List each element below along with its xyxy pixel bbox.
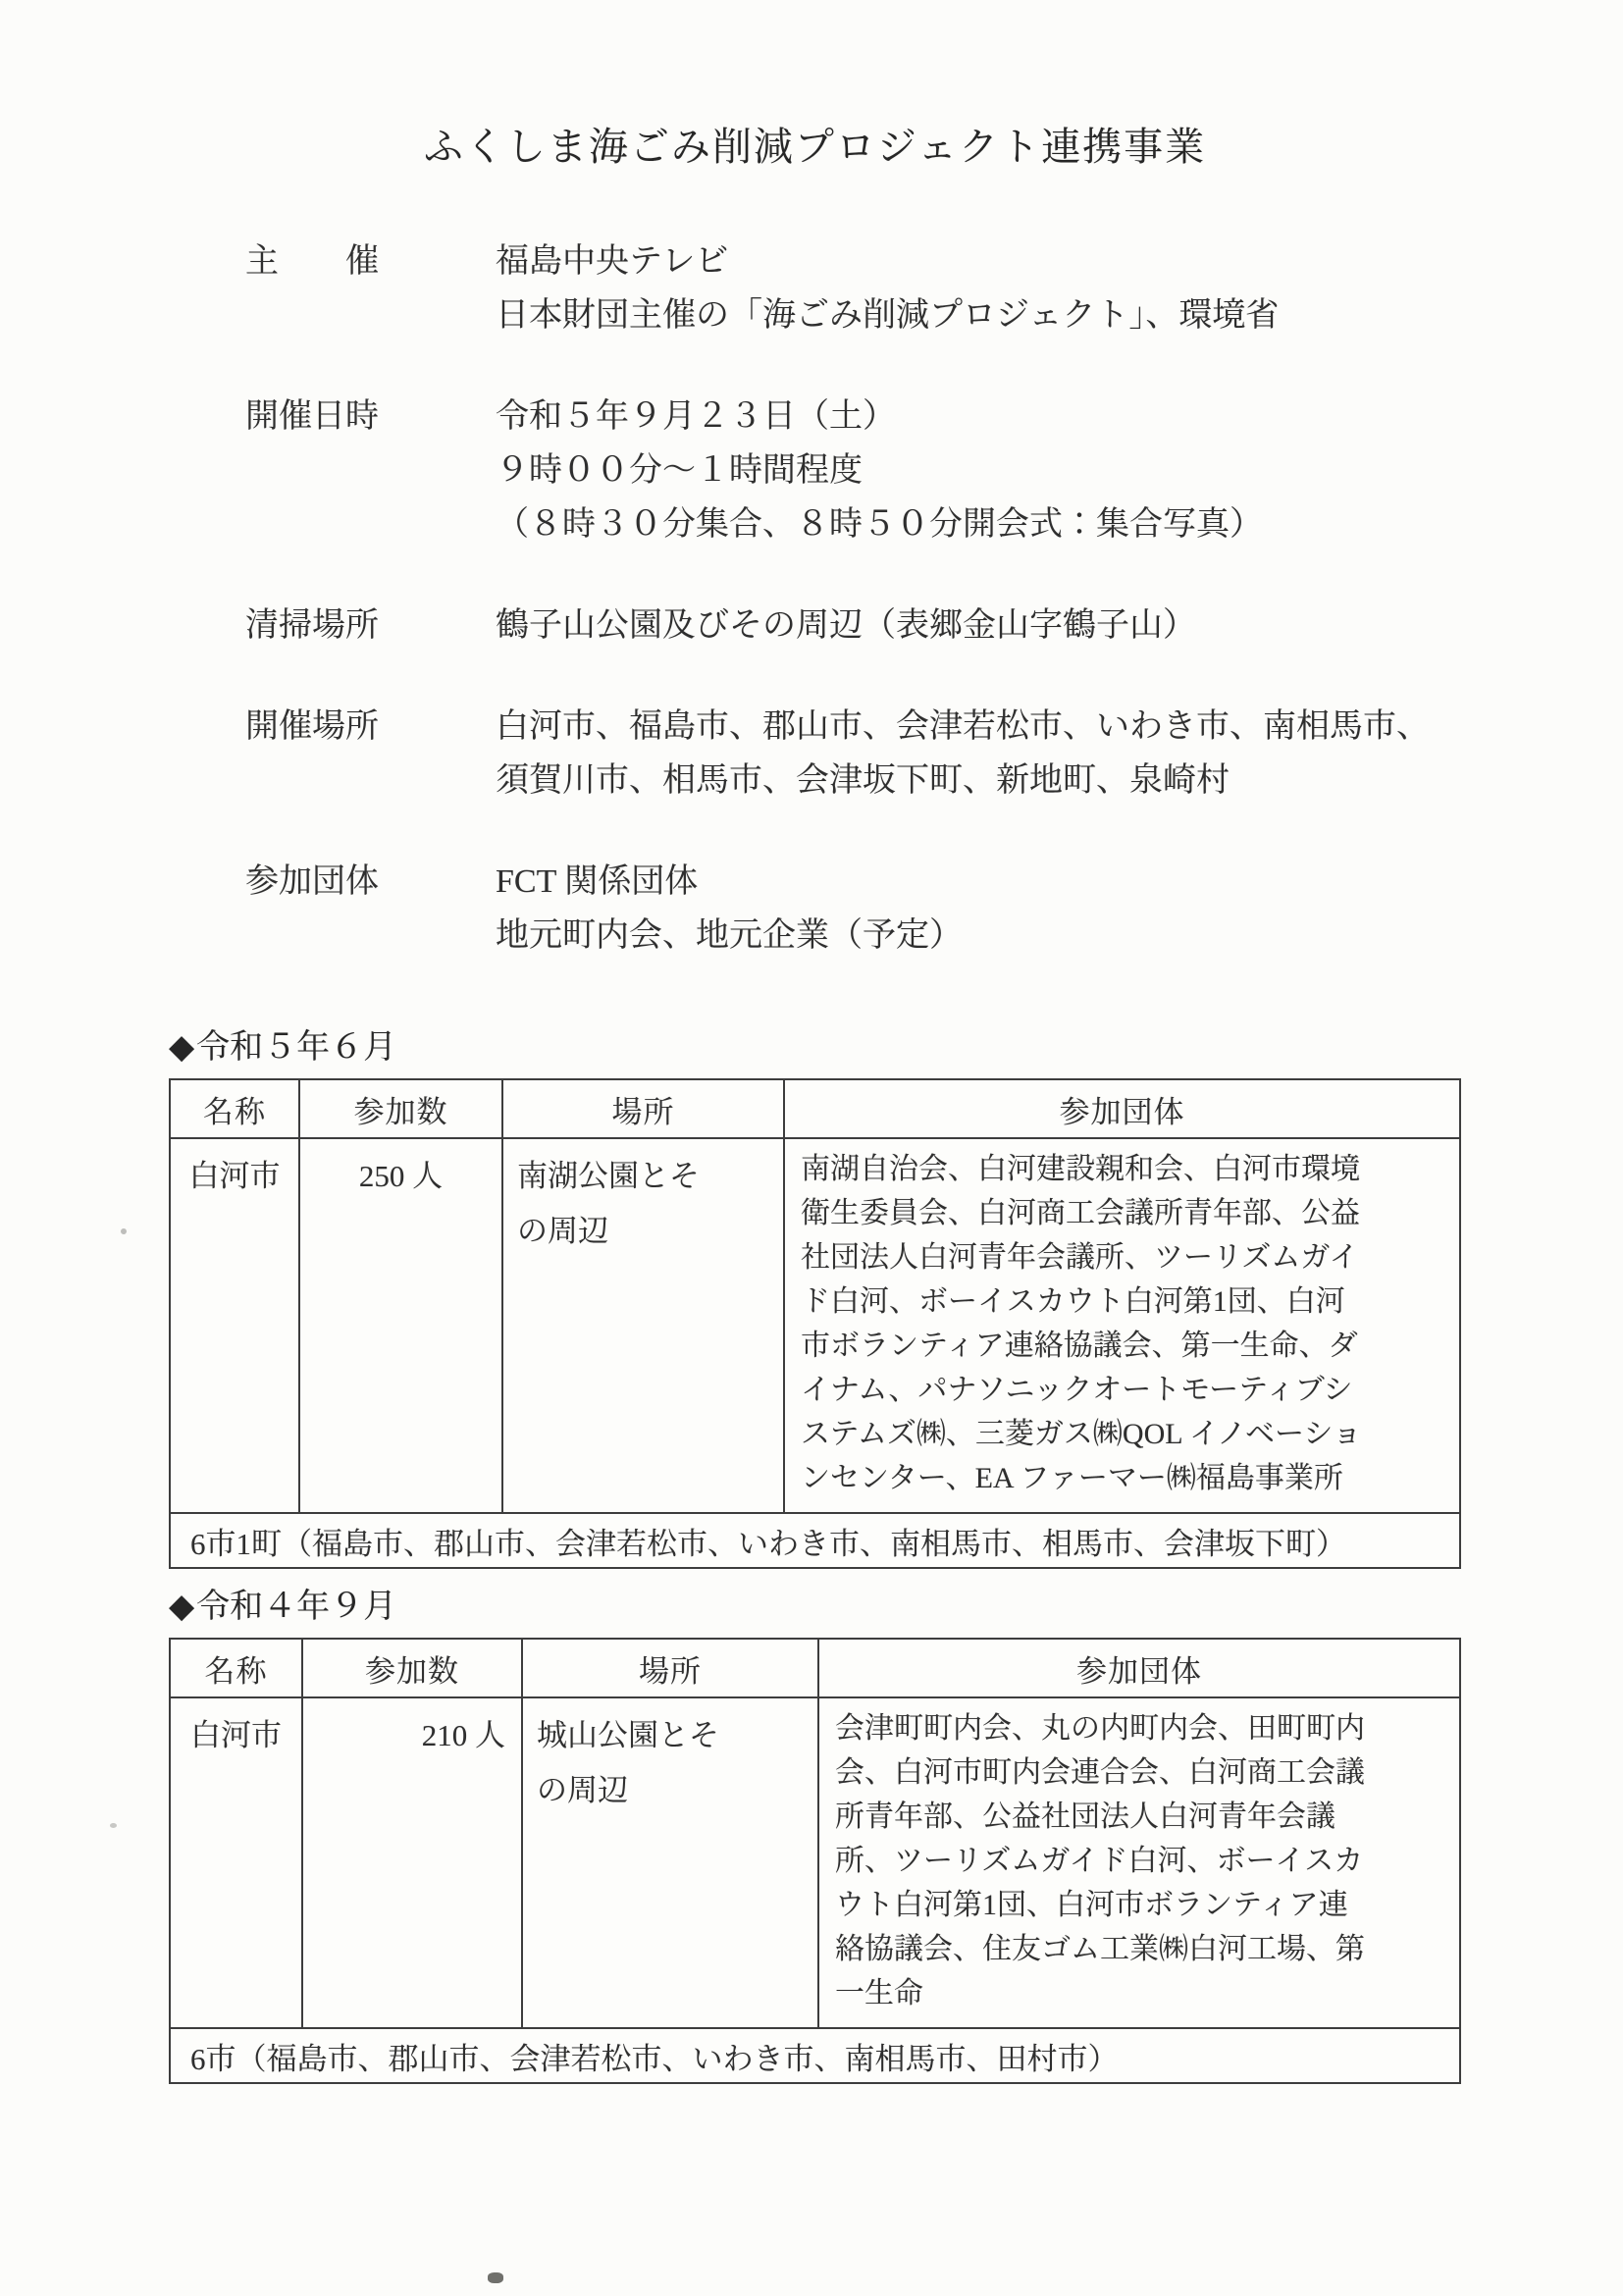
- section-reiwa4-september: ◆令和４年９月 名称 参加数 場所 参加団体 白河市: [169, 1587, 1461, 2084]
- info-row-datetime: 開催日時 令和５年９月２３日（土） ９時００分～１時間程度 （８時３０分集合、８…: [245, 390, 1461, 551]
- cell-other-cities-note: 6市（福島市、郡山市、会津若松市、いわき市、南相馬市、田村市）: [170, 2028, 1460, 2083]
- header-groups: 参加団体: [784, 1079, 1460, 1138]
- cell-city-name: 白河市: [170, 1138, 299, 1513]
- header-count: 参加数: [299, 1079, 502, 1138]
- cell-place: 城山公園とそ の周辺: [522, 1697, 818, 2028]
- section-reiwa5-june: ◆令和５年６月 名称 参加数 場所 参加団体 白河市: [169, 1027, 1461, 1569]
- table-row: 白河市 210 人 城山公園とそ の周辺 会津町町内会、丸の内町内会、田町町内 …: [170, 1697, 1460, 2028]
- event-info-list: 主 催 福島中央テレビ 日本財団主催の「海ごみ削減プロジェクト」、環境省 開催日…: [245, 235, 1461, 963]
- cell-participating-groups: 南湖自治会、白河建設親和会、白河市環境 衛生委員会、白河商工会議所青年部、公益 …: [784, 1138, 1460, 1513]
- document-title: ふくしま海ごみ削減プロジェクト連携事業: [169, 116, 1461, 172]
- section-heading-text: 令和５年６月: [196, 1029, 396, 1066]
- scan-artifact: [110, 1823, 117, 1828]
- table-footer-row: 6市（福島市、郡山市、会津若松市、いわき市、南相馬市、田村市）: [170, 2028, 1460, 2083]
- cleanup-results-table: 名称 参加数 場所 参加団体 白河市 210 人 城山公園とそ の周辺 会津町町…: [169, 1638, 1461, 2084]
- info-label: 主 催: [245, 235, 496, 342]
- info-row-venues: 開催場所 白河市、福島市、郡山市、会津若松市、いわき市、南相馬市、 須賀川市、相…: [245, 700, 1461, 808]
- info-value: 福島中央テレビ 日本財団主催の「海ごみ削減プロジェクト」、環境省: [496, 235, 1279, 342]
- info-value: 鶴子山公園及びその周辺（表郷金山字鶴子山）: [496, 599, 1196, 652]
- cell-participating-groups: 会津町町内会、丸の内町内会、田町町内 会、白河市町内会連合会、白河商工会議 所青…: [818, 1697, 1460, 2028]
- scan-artifact: [488, 2272, 503, 2283]
- info-row-organizer: 主 催 福島中央テレビ 日本財団主催の「海ごみ削減プロジェクト」、環境省: [245, 235, 1461, 342]
- table-footer-row: 6市1町（福島市、郡山市、会津若松市、いわき市、南相馬市、相馬市、会津坂下町）: [170, 1513, 1460, 1568]
- header-place: 場所: [502, 1079, 784, 1138]
- header-name: 名称: [170, 1079, 299, 1138]
- info-row-cleanup-place: 清掃場所 鶴子山公園及びその周辺（表郷金山字鶴子山）: [245, 599, 1461, 652]
- document-content: ふくしま海ごみ削減プロジェクト連携事業 主 催 福島中央テレビ 日本財団主催の「…: [0, 0, 1623, 2084]
- info-label: 開催場所: [245, 700, 496, 808]
- cell-other-cities-note: 6市1町（福島市、郡山市、会津若松市、いわき市、南相馬市、相馬市、会津坂下町）: [170, 1513, 1460, 1568]
- cell-city-name: 白河市: [170, 1697, 302, 2028]
- cleanup-results-table: 名称 参加数 場所 参加団体 白河市 250 人 南湖公園とそ の周辺 南湖自治…: [169, 1078, 1461, 1569]
- info-value: FCT 関係団体 地元町内会、地元企業（予定）: [496, 855, 963, 963]
- scanned-document-page: ふくしま海ごみ削減プロジェクト連携事業 主 催 福島中央テレビ 日本財団主催の「…: [0, 0, 1623, 2296]
- header-place: 場所: [522, 1639, 818, 1697]
- table-header-row: 名称 参加数 場所 参加団体: [170, 1079, 1460, 1138]
- info-label: 開催日時: [245, 390, 496, 551]
- scan-artifact: [121, 1228, 127, 1234]
- info-value: 令和５年９月２３日（土） ９時００分～１時間程度 （８時３０分集合、８時５０分開…: [496, 390, 1263, 551]
- info-row-participants: 参加団体 FCT 関係団体 地元町内会、地元企業（予定）: [245, 855, 1461, 963]
- diamond-bullet-icon: ◆: [169, 1589, 194, 1625]
- cell-participant-count: 250 人: [299, 1138, 502, 1513]
- info-value: 白河市、福島市、郡山市、会津若松市、いわき市、南相馬市、 須賀川市、相馬市、会津…: [496, 700, 1430, 808]
- table-header-row: 名称 参加数 場所 参加団体: [170, 1639, 1460, 1697]
- header-name: 名称: [170, 1639, 302, 1697]
- header-count: 参加数: [302, 1639, 522, 1697]
- info-label: 参加団体: [245, 855, 496, 963]
- section-heading: ◆令和４年９月: [169, 1587, 1461, 1628]
- section-heading-text: 令和４年９月: [196, 1589, 396, 1625]
- diamond-bullet-icon: ◆: [169, 1029, 194, 1066]
- section-heading: ◆令和５年６月: [169, 1027, 1461, 1069]
- cell-participant-count: 210 人: [302, 1697, 522, 2028]
- info-label: 清掃場所: [245, 599, 496, 652]
- table-row: 白河市 250 人 南湖公園とそ の周辺 南湖自治会、白河建設親和会、白河市環境…: [170, 1138, 1460, 1513]
- cell-place: 南湖公園とそ の周辺: [502, 1138, 784, 1513]
- header-groups: 参加団体: [818, 1639, 1460, 1697]
